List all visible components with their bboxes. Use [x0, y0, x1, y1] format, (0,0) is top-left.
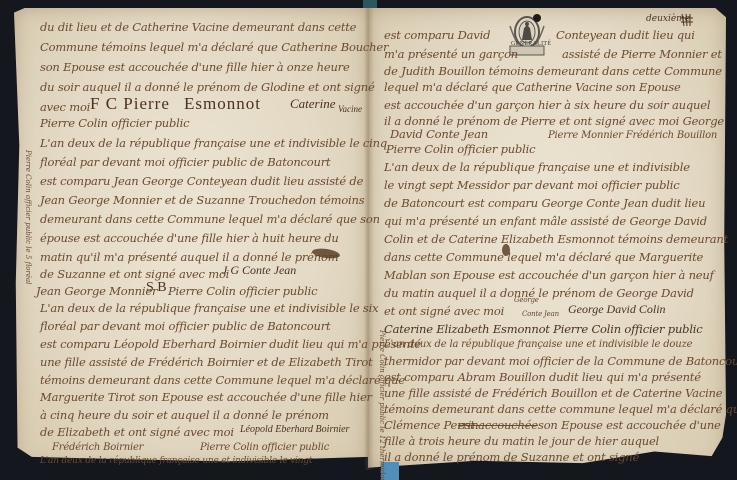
right-line-8: il a donné le prénom de Pierre et ont si…: [384, 114, 724, 128]
left-line-18: floréal par devant moi officier public d…: [40, 319, 330, 333]
right-line-27: est comparu Abram Bouillon dudit lieu qu…: [384, 370, 701, 384]
right-line-12: L'an deux de la république française une…: [384, 160, 690, 174]
signature-george-david-colin: George David Colin: [568, 302, 666, 317]
right-line-25: L'an deux de la république française une…: [384, 339, 692, 350]
signature-leopold: Léopold Eberhard Boirnier: [240, 424, 349, 435]
left-line-16: Pierre Colin officier public: [168, 284, 317, 298]
register-spread: du dit lieu et de Catherine Vacine demeu…: [0, 0, 737, 480]
left-line-27: Pierre Colin officier public: [200, 442, 329, 453]
right-line-15: qui m'a présenté un enfant mâle assisté …: [384, 214, 707, 228]
right-line-34: il a donné le prénom de Suzanne et ont s…: [384, 450, 639, 464]
left-line-22: Marguerite Tirot son Epouse est accouché…: [40, 390, 372, 404]
left-line-12: épouse est accouchée d'une fille hier à …: [40, 231, 339, 245]
left-line-20: une fille assisté de Frédérich Boirnier …: [40, 355, 373, 369]
right-line-28: une fille assisté de Frédérich Bouillon …: [384, 386, 722, 400]
right-line-32: son Epouse est accouchée d'une: [538, 418, 721, 432]
right-line-22: Conte Jean: [522, 310, 559, 318]
left-line-1: du dit lieu et de Catherine Vacine demeu…: [40, 20, 356, 34]
ink-blot: [502, 244, 510, 256]
left-line-19: est comparu Léopold Eberhard Boirnier du…: [40, 337, 421, 351]
right-line-16: Colin et de Caterine Elizabeth Esmonnot …: [384, 232, 728, 246]
left-line-11: demeurant dans cette Commune lequel m'a …: [40, 212, 380, 226]
signature-caterine: Caterine: [290, 96, 336, 112]
right-line-18: Mablan son Epouse est accouchée d'un gar…: [384, 268, 714, 282]
right-line-26: thermidor par devant moi officier de la …: [384, 354, 737, 368]
signature-esmonnot: Esmonnot: [184, 94, 261, 114]
right-line-17: dans cette Commune lequel m'a déclaré qu…: [384, 250, 703, 264]
right-line-13: le vingt sept Messidor par devant moi of…: [384, 178, 679, 192]
left-line-9: est comparu Jean George Conteyean dudit …: [40, 174, 363, 188]
right-line-6: lequel m'a déclaré que Catherine Vacine …: [384, 80, 681, 94]
left-line-26: Frédérich Boirnier: [52, 442, 143, 453]
right-line-29: témoins demeurant dans cette commune leq…: [384, 402, 737, 416]
right-line-9: David Conte Jean: [390, 127, 488, 141]
left-line-7: L'an deux de la république française une…: [40, 136, 387, 150]
left-line-28: L'an deux de la république française une…: [40, 456, 312, 466]
right-line-14: de Batoncourt est comparu George Conte J…: [384, 196, 705, 210]
right-line-11: Pierre Colin officier public: [386, 142, 535, 156]
left-line-3: son Epouse est accouchée d'une fille hie…: [40, 60, 350, 74]
left-line-13: matin qu'il m'a présenté auquel il a don…: [40, 250, 338, 264]
right-margin-note: Pierre Colin officier public le 12 therm…: [378, 330, 386, 480]
left-line-17: L'an deux de la république française une…: [40, 301, 378, 315]
left-line-14: de Suzanne et ont signé avec moi: [40, 267, 229, 281]
initials-sb: S B: [146, 280, 167, 296]
right-line-7: est accouchée d'un garçon hier à six heu…: [384, 98, 710, 112]
paraph-mark-icon: [680, 12, 694, 28]
signature-jg-conte: J G Conte Jean: [222, 263, 296, 278]
right-line-4: assisté de Pierre Monnier et: [562, 47, 722, 61]
left-margin-note: Pierre Colin officier public le 5 floréa…: [24, 150, 32, 284]
right-line-20: et ont signé avec moi: [384, 304, 504, 318]
left-line-10: Jean George Monnier et de Suzanne Trouch…: [40, 193, 364, 207]
left-line-24: de Elizabeth et ont signé avec moi: [40, 425, 234, 439]
right-line-1: est comparu David: [384, 28, 490, 42]
left-line-8: floréal par devant moi officier public d…: [40, 155, 330, 169]
right-line-21: George: [514, 296, 539, 304]
signature-pierre: F C Pierre: [90, 94, 170, 114]
right-line-24: Caterine Elizabeth Esmonnot Pierre Colin…: [384, 322, 703, 336]
signature-vacine: Vacine: [338, 104, 362, 114]
left-line-15: Jean George Monnier: [36, 284, 157, 298]
left-line-2: Commune témoins lequel m'a déclaré que C…: [40, 40, 388, 54]
left-line-21: témoins demeurant dans cette Commune leq…: [40, 373, 405, 387]
right-line-2: Conteyean dudit lieu qui: [556, 28, 695, 42]
left-line-4: du soir auquel il a donné le prénom de G…: [40, 80, 375, 94]
left-line-5: avec moi: [40, 100, 90, 114]
left-line-23: à cinq heure du soir et auquel il a donn…: [40, 408, 329, 422]
right-line-31-struck: est accouchée: [458, 418, 538, 432]
right-line-3: m'a présenté un garçon: [384, 47, 518, 61]
left-line-6: Pierre Colin officier public: [40, 116, 189, 130]
right-line-5: de Judith Bouillon témoins demeurant dan…: [384, 64, 722, 78]
right-line-33: fille à trois heure du matin le jour de …: [384, 434, 659, 448]
right-line-10: Pierre Monnier Frédérich Bouillon: [548, 130, 717, 141]
